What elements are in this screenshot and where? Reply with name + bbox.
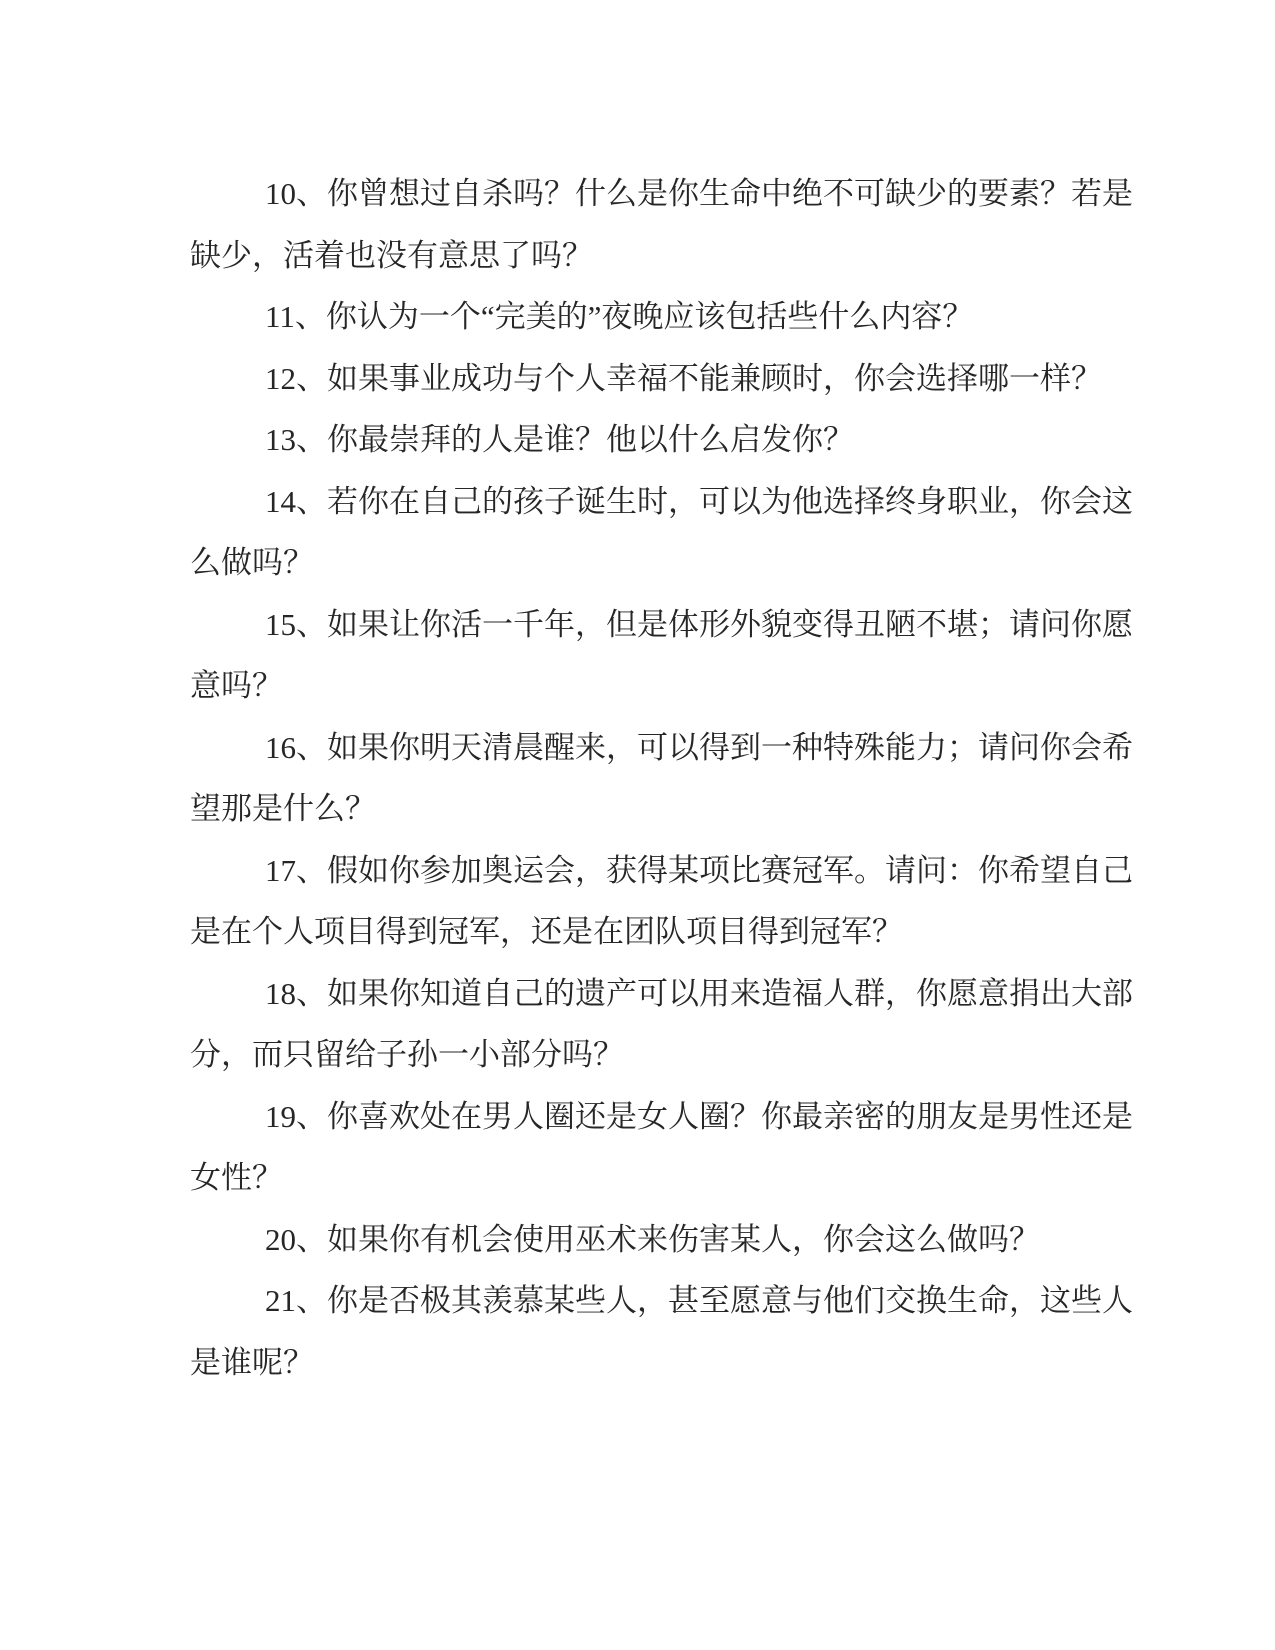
question-paragraph: 17、假如你参加奥运会，获得某项比赛冠军。请问：你希望自己是在个人项目得到冠军，…	[190, 840, 1150, 963]
question-list: 10、你曾想过自杀吗？什么是你生命中绝不可缺少的要素？若是缺少，活着也没有意思了…	[190, 163, 1150, 1393]
question-paragraph: 12、如果事业成功与个人幸福不能兼顾时，你会选择哪一样？	[190, 348, 1150, 410]
question-line-continuation: 意吗？	[190, 655, 1150, 717]
question-paragraph: 11、你认为一个“完美的”夜晚应该包括些什么内容？	[190, 286, 1150, 348]
question-paragraph: 10、你曾想过自杀吗？什么是你生命中绝不可缺少的要素？若是缺少，活着也没有意思了…	[190, 163, 1150, 286]
question-line-continuation: 缺少，活着也没有意思了吗？	[190, 225, 1150, 287]
question-paragraph: 14、若你在自己的孩子诞生时，可以为他选择终身职业，你会这么做吗？	[190, 471, 1150, 594]
question-paragraph: 16、如果你明天清晨醒来，可以得到一种特殊能力；请问你会希望那是什么？	[190, 717, 1150, 840]
question-line-start: 16、如果你明天清晨醒来，可以得到一种特殊能力；请问你会希	[190, 717, 1150, 779]
question-line-continuation: 望那是什么？	[190, 778, 1150, 840]
question-line-start: 13、你最崇拜的人是谁？他以什么启发你？	[190, 409, 1150, 471]
question-line-continuation: 分，而只留给子孙一小部分吗？	[190, 1024, 1150, 1086]
question-paragraph: 18、如果你知道自己的遗产可以用来造福人群，你愿意捐出大部分，而只留给子孙一小部…	[190, 963, 1150, 1086]
question-line-start: 21、你是否极其羡慕某些人，甚至愿意与他们交换生命，这些人	[190, 1270, 1150, 1332]
document-page: 10、你曾想过自杀吗？什么是你生命中绝不可缺少的要素？若是缺少，活着也没有意思了…	[0, 0, 1275, 1650]
question-paragraph: 15、如果让你活一千年，但是体形外貌变得丑陋不堪；请问你愿意吗？	[190, 594, 1150, 717]
question-paragraph: 20、如果你有机会使用巫术来伤害某人，你会这么做吗？	[190, 1209, 1150, 1271]
question-line-start: 10、你曾想过自杀吗？什么是你生命中绝不可缺少的要素？若是	[190, 163, 1150, 225]
question-paragraph: 13、你最崇拜的人是谁？他以什么启发你？	[190, 409, 1150, 471]
question-line-start: 18、如果你知道自己的遗产可以用来造福人群，你愿意捐出大部	[190, 963, 1150, 1025]
question-paragraph: 21、你是否极其羡慕某些人，甚至愿意与他们交换生命，这些人是谁呢？	[190, 1270, 1150, 1393]
question-paragraph: 19、你喜欢处在男人圈还是女人圈？你最亲密的朋友是男性还是女性？	[190, 1086, 1150, 1209]
question-line-start: 14、若你在自己的孩子诞生时，可以为他选择终身职业，你会这	[190, 471, 1150, 533]
question-line-start: 20、如果你有机会使用巫术来伤害某人，你会这么做吗？	[190, 1209, 1150, 1271]
question-line-continuation: 是谁呢？	[190, 1332, 1150, 1394]
question-line-continuation: 么做吗？	[190, 532, 1150, 594]
question-line-start: 11、你认为一个“完美的”夜晚应该包括些什么内容？	[190, 286, 1150, 348]
question-line-start: 12、如果事业成功与个人幸福不能兼顾时，你会选择哪一样？	[190, 348, 1150, 410]
question-line-start: 15、如果让你活一千年，但是体形外貌变得丑陋不堪；请问你愿	[190, 594, 1150, 656]
question-line-continuation: 是在个人项目得到冠军，还是在团队项目得到冠军？	[190, 901, 1150, 963]
question-line-start: 19、你喜欢处在男人圈还是女人圈？你最亲密的朋友是男性还是	[190, 1086, 1150, 1148]
question-line-continuation: 女性？	[190, 1147, 1150, 1209]
question-line-start: 17、假如你参加奥运会，获得某项比赛冠军。请问：你希望自己	[190, 840, 1150, 902]
